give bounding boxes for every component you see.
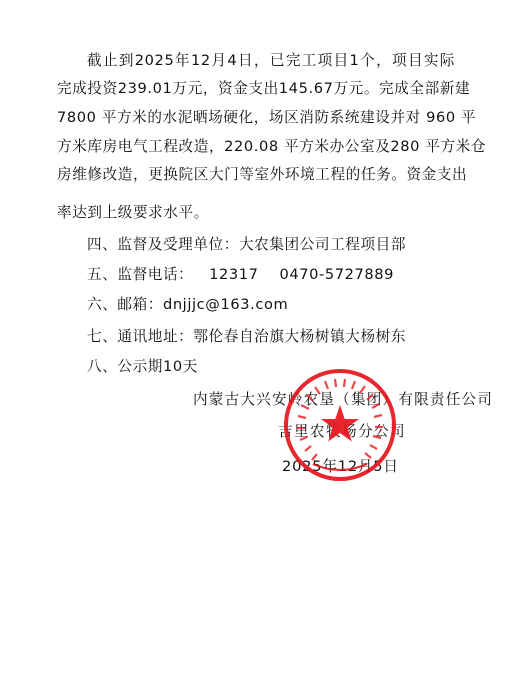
paragraph-line: 房维修改造，更换院区大门等室外环境工程的任务。资金支出	[57, 165, 455, 185]
paragraph-line: 方米库房电气工程改造，220.08 平方米办公室及280 平方米仓	[57, 137, 455, 157]
supervision-phone: 五、监督电话： 12317 0470-5727889	[87, 265, 394, 285]
email: 六、邮箱：dnjjjc@163.com	[87, 295, 288, 315]
paragraph-line: 完成投资239.01万元，资金支出145.67万元。完成全部新建	[57, 79, 455, 99]
paragraph-line: 7800 平方米的水泥晒场硬化，场区消防系统建设并对 960 平	[57, 108, 455, 128]
paragraph-line: 截止到2025年12月4日，已完工项目1个，项目实际	[87, 51, 455, 71]
document-page: 截止到2025年12月4日，已完工项目1个，项目实际 完成投资239.01万元，…	[0, 0, 524, 683]
signature-date: 2025年12月5日	[282, 457, 399, 477]
mailing-address: 七、通讯地址：鄂伦春自治旗大杨树镇大杨树东	[87, 327, 406, 347]
paragraph-line: 率达到上级要求水平。	[57, 203, 455, 223]
notice-period: 八、公示期10天	[87, 357, 198, 377]
supervision-unit: 四、监督及受理单位：大农集团公司工程项目部	[87, 235, 406, 255]
signature-branch: 吉里农牧场分公司	[278, 422, 406, 442]
signature-company: 内蒙古大兴安岭农垦（集团）有限责任公司	[193, 390, 493, 410]
